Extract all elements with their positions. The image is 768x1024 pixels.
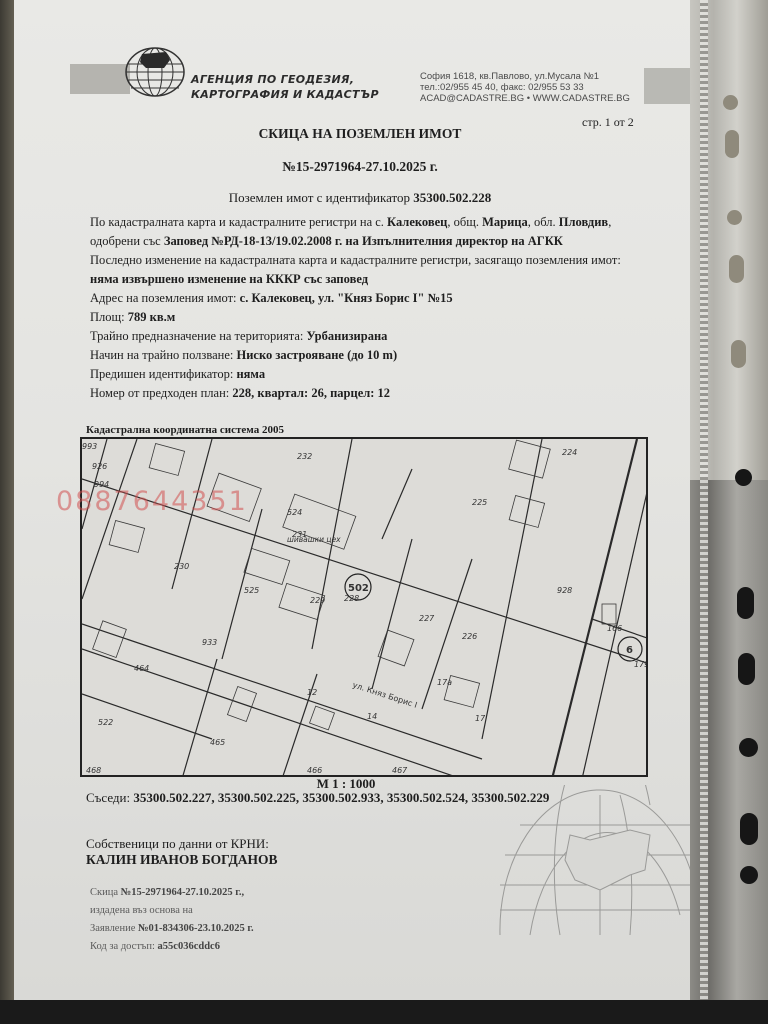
previous-plan: Номер от предходен план: 228, квартал: 2… — [90, 384, 650, 403]
parcel-label: 466 — [307, 766, 322, 775]
owner-name: КАЛИН ИВАНОВ БОГДАНОВ — [86, 852, 278, 868]
footer-info: Скица №15-2971964-27.10.2025 г., издаден… — [90, 884, 254, 956]
parcel-label: 993 — [82, 442, 97, 451]
neighbors: Съседи: 35300.502.227, 35300.502.225, 35… — [86, 790, 549, 806]
background-bottom — [0, 1000, 768, 1024]
punch-hole — [727, 210, 742, 225]
quarter-label: 502 — [348, 583, 369, 594]
parcel-label: 227 — [419, 614, 435, 623]
document-number: №15-2971964-27.10.2025 г. — [14, 159, 706, 175]
sheet-protector-edge — [700, 0, 708, 1000]
coordinate-system: Кадастрална координатна система 2005 — [86, 424, 284, 436]
parcel-label: 522 — [98, 718, 113, 727]
street-label: ул. Княз Борис I — [351, 680, 418, 709]
footer-access-code: Код за достъп: a55c036cddc6 — [90, 938, 254, 956]
parcel-identifier: Поземлен имот с идентификатор 35300.502.… — [14, 190, 706, 206]
area: Площ: 789 кв.м — [90, 308, 650, 327]
agency-name: АГЕНЦИЯ ПО ГЕОДЕЗИЯ, КАРТОГРАФИЯ И КАДАС… — [191, 72, 379, 102]
parcel-label: 525 — [244, 586, 259, 595]
parcel-label: 467 — [392, 766, 408, 775]
punch-hole — [737, 587, 754, 619]
punch-hole — [729, 255, 744, 283]
parcel-label: 179 — [634, 660, 648, 669]
last-change: Последно изменение на кадастралната карт… — [90, 251, 650, 289]
purpose: Трайно предназначение на територията: Ур… — [90, 327, 650, 346]
parcel-label: 465 — [210, 738, 225, 747]
document-title: СКИЦА НА ПОЗЕМЛЕН ИМОТ — [14, 126, 706, 142]
punch-hole — [740, 813, 758, 845]
punch-hole — [725, 130, 739, 158]
punch-hole — [738, 653, 755, 685]
parcel-label: 468 — [86, 766, 101, 775]
parcel-label: 230 — [174, 562, 189, 571]
parcel-label: 225 — [472, 498, 487, 507]
parcel-label: 166 — [607, 624, 622, 633]
footer-sketch: Скица №15-2971964-27.10.2025 г., — [90, 884, 254, 902]
parcel-label: 12 — [307, 688, 317, 697]
footer-issued: издадена въз основа на — [90, 902, 254, 920]
parcel-label: 232 — [297, 452, 312, 461]
parcel-label: 17 — [475, 714, 486, 723]
parcel-label: 226 — [462, 632, 477, 641]
parcel-label: 524 — [287, 508, 302, 517]
owners-label: Собственици по данни от КРНИ: — [86, 836, 269, 852]
footer-application: Заявление №01-834306-23.10.2025 г. — [90, 920, 254, 938]
globe-watermark-icon — [490, 785, 700, 955]
parcel-label: 17а — [437, 678, 452, 687]
punch-hole — [723, 95, 738, 110]
phone-watermark: 0887644351 — [56, 486, 248, 517]
quarter-label-2: 6 — [626, 645, 633, 656]
punch-hole — [739, 738, 758, 757]
address: Адрес на поземления имот: с. Калековец, … — [90, 289, 650, 308]
parcel-label: 928 — [557, 586, 572, 595]
parcel-label: 228 — [344, 594, 359, 603]
agency-contact: София 1618, кв.Павлово, ул.Мусала №1 тел… — [420, 71, 630, 104]
header-band — [70, 64, 130, 94]
previous-identifier: Предишен идентификатор: няма — [90, 365, 650, 384]
parcel-label: 229 — [310, 596, 325, 605]
usage: Начин на трайно ползване: Ниско застрояв… — [90, 346, 650, 365]
parcel-label: 464 — [134, 664, 149, 673]
punch-hole — [735, 469, 752, 486]
parcel-label: 231 — [292, 530, 307, 539]
punch-hole — [731, 340, 746, 368]
parcel-label: 14 — [367, 712, 377, 721]
parcel-label: 926 — [92, 462, 107, 471]
globe-icon — [124, 46, 186, 98]
cadastre-basis: По кадастралната карта и кадастралните р… — [90, 213, 650, 251]
punch-hole — [740, 866, 758, 884]
parcel-details: По кадастралната карта и кадастралните р… — [90, 213, 650, 403]
parcel-label: 933 — [202, 638, 217, 647]
parcel-label: 224 — [562, 448, 577, 457]
